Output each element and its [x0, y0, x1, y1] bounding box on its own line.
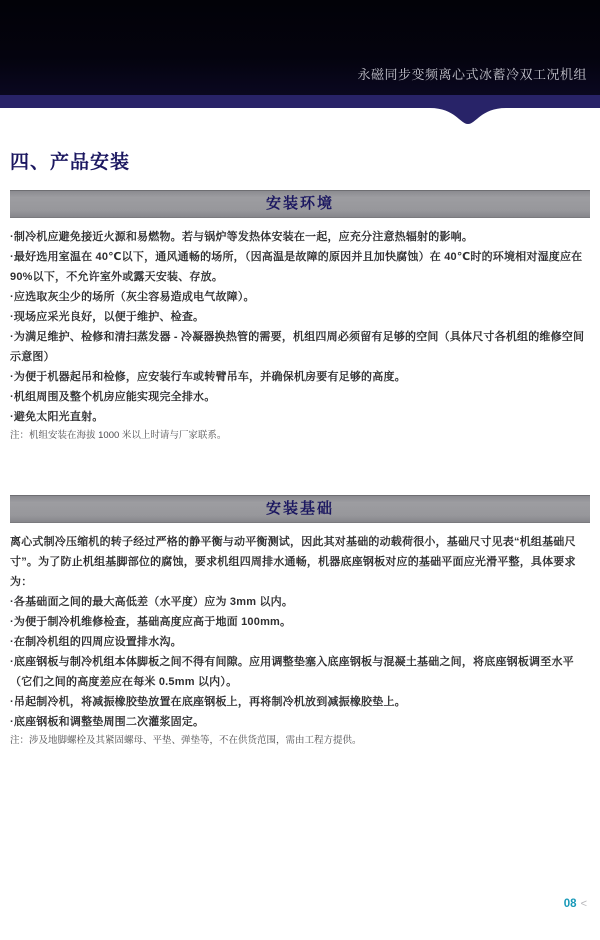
bullet-list-environment: ·制冷机应避免接近火源和易燃物。若与锅炉等发热体安装在一起，应充分注意热辐射的影…: [10, 227, 590, 443]
list-item: ·为便于机器起吊和检修，应安装行车或转臂吊车，并确保机房要有足够的高度。: [10, 367, 590, 387]
document-product-title: 永磁同步变频离心式冰蓄冷双工况机组: [357, 64, 587, 83]
page-header: 永磁同步变频离心式冰蓄冷双工况机组: [0, 0, 600, 95]
section-install-environment: 安装环境 ·制冷机应避免接近火源和易燃物。若与锅炉等发热体安装在一起，应充分注意…: [10, 190, 590, 443]
list-item: ·各基础面之间的最大高低差（水平度）应为 3mm 以内。: [10, 592, 590, 612]
ribbon-notch-shape: [0, 95, 600, 124]
list-item: ·在制冷机组的四周应设置排水沟。: [10, 632, 590, 652]
list-item: ·为便于制冷机维修检查，基础高度应高于地面 100mm。: [10, 612, 590, 632]
page-number: 08: [564, 898, 577, 910]
list-item: ·机组周围及整个机房应能实现完全排水。: [10, 387, 590, 407]
footnote-foundation: 注：涉及地脚螺栓及其紧固螺母、平垫、弹垫等，不在供货范围，需由工程方提供。: [10, 733, 590, 748]
list-item: ·避免太阳光直射。: [10, 407, 590, 427]
chapter-title: 四、产品安装: [10, 147, 590, 174]
list-item: ·吊起制冷机，将减振橡胶垫放置在底座钢板上，再将制冷机放到减振橡胶垫上。: [10, 692, 590, 712]
list-item: ·底座钢板和调整垫周围二次灌浆固定。: [10, 712, 590, 732]
foundation-body: 离心式制冷压缩机的转子经过严格的静平衡与动平衡测试，因此其对基础的动载荷很小，基…: [10, 532, 590, 748]
list-item: ·制冷机应避免接近火源和易燃物。若与锅炉等发热体安装在一起，应充分注意热辐射的影…: [10, 227, 590, 247]
page-content: 四、产品安装 安装环境 ·制冷机应避免接近火源和易燃物。若与锅炉等发热体安装在一…: [0, 147, 600, 748]
list-item: ·为满足维护、检修和清扫蒸发器 - 冷凝器换热管的需要，机组四周必须留有足够的空…: [10, 327, 590, 367]
list-item: ·底座钢板与制冷机组本体脚板之间不得有间隙。应用调整垫塞入底座钢板与混凝土基础之…: [10, 652, 590, 692]
foundation-intro-paragraph: 离心式制冷压缩机的转子经过严格的静平衡与动平衡测试，因此其对基础的动载荷很小，基…: [10, 532, 590, 592]
page-footer: 08<: [564, 898, 587, 910]
ribbon-band: [0, 95, 600, 129]
list-item: ·应选取灰尘少的场所（灰尘容易造成电气故障）。: [10, 287, 590, 307]
section-banner-install-environment: 安装环境: [10, 190, 590, 218]
list-item: ·最好选用室温在 40℃以下，通风通畅的场所，（因高温是故障的原因并且加快腐蚀）…: [10, 247, 590, 287]
section-install-foundation: 安装基础 离心式制冷压缩机的转子经过严格的静平衡与动平衡测试，因此其对基础的动载…: [10, 495, 590, 748]
document-page: 永磁同步变频离心式冰蓄冷双工况机组 四、产品安装 安装环境 ·制冷机应避免接近火…: [0, 0, 600, 940]
prev-page-chevron-icon: <: [581, 898, 587, 910]
section-banner-install-foundation: 安装基础: [10, 495, 590, 523]
footnote-environment: 注：机组安装在海拔 1000 米以上时请与厂家联系。: [10, 428, 590, 443]
list-item: ·现场应采光良好，以便于维护、检查。: [10, 307, 590, 327]
